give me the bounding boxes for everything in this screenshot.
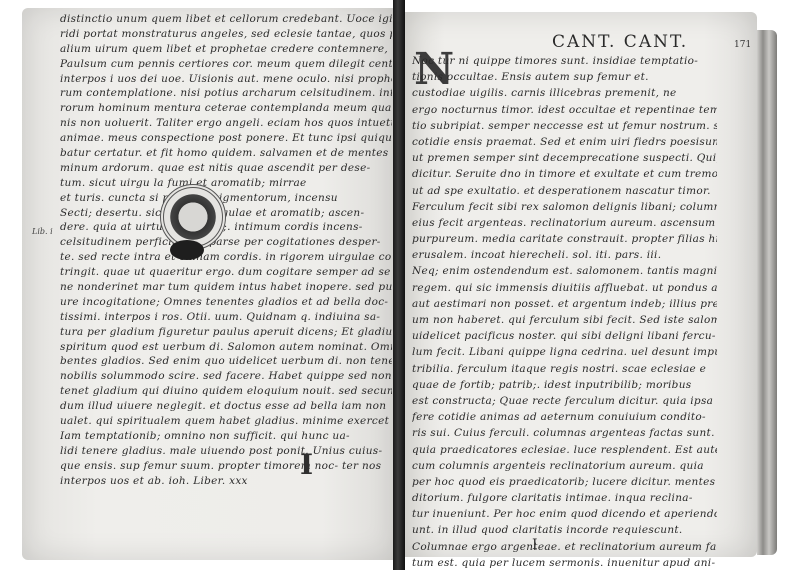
text-line: ualet. qui spiritualem quem habet gladiu… xyxy=(60,414,392,429)
text-line: ris sui. Cuius ferculi. columnas argente… xyxy=(412,425,717,441)
text-line: custodiae uigilis. carnis illicebras pre… xyxy=(412,85,717,101)
text-line: celsitudinem perficit nec sparse per cog… xyxy=(60,235,392,250)
left-page-text: distinctio unum quem libet et cellorum c… xyxy=(60,12,392,489)
text-line: minum ardorum. quae est nitis quae ascen… xyxy=(60,161,392,176)
text-line: tum. sicut uirgu la fumi et aromatib; mi… xyxy=(60,176,392,191)
text-line: rum contemplatione. nisi potius archarum… xyxy=(60,86,392,101)
text-line: lum fecit. Libani quippe ligna cedrina. … xyxy=(412,344,717,360)
text-line: Noc tur ni quippe timores sunt. insidiae… xyxy=(412,53,717,69)
text-line: ridi portat monstraturus angeles, sed ec… xyxy=(60,27,392,42)
text-line: tissimi. interpos i ros. Otii. uum. Quid… xyxy=(60,310,392,325)
text-line: lidi tenere gladius. male uiuendo post p… xyxy=(60,444,392,459)
text-line: ergo nocturnus timor. idest occultae et … xyxy=(412,102,717,118)
text-line: spiritum quod est uerbum di. Salomon aut… xyxy=(60,340,392,355)
text-line: dere. quia at uirtutis uirtutib;. intimu… xyxy=(60,220,392,235)
margin-note: Lib. i xyxy=(32,227,53,236)
text-line: tenet gladium qui diuino quidem eloquium… xyxy=(60,384,392,399)
text-line: tura per gladium figuretur paulus aperui… xyxy=(60,325,392,340)
text-line: Iam temptationib; omnino non sufficit. q… xyxy=(60,429,392,444)
text-line: bentes gladios. Sed enim quo uidelicet u… xyxy=(60,354,392,369)
text-line: et turis. cuncta si pulueris pigmentorum… xyxy=(60,191,392,206)
text-line: um non haberet. qui ferculum sibi fecit.… xyxy=(412,312,717,328)
text-line: regem. qui sic immensis diuitiis afflueb… xyxy=(412,280,717,296)
running-head: CANT. CANT. xyxy=(552,32,688,52)
book-gutter xyxy=(393,0,405,570)
text-line: nobilis solummodo scire. sed facere. Hab… xyxy=(60,369,392,384)
text-line: est constructa; Quae recte ferculum dici… xyxy=(412,393,717,409)
text-line: nis non uoluerit. Taliter ergo angeli. e… xyxy=(60,116,392,131)
folio-number: 171 xyxy=(734,40,751,50)
decorated-initial-i-icon: I xyxy=(300,452,338,478)
text-line: ut ad spe exultatio. et desperationem na… xyxy=(412,183,717,199)
text-line: uidelicet pacificus noster. qui sibi del… xyxy=(412,328,717,344)
text-line: unt. in illud quod claritatis incorde re… xyxy=(412,522,717,538)
text-line: per hoc quod eis praedicatorib; lucere d… xyxy=(412,474,717,490)
text-line: tringit. quae ut quaeritur ergo. dum cog… xyxy=(60,265,392,280)
text-line: alium uirum quem libet et prophetae cred… xyxy=(60,42,392,57)
text-line: distinctio unum quem libet et cellorum c… xyxy=(60,12,392,27)
text-line: tum est. quia per lucem sermonis. inueni… xyxy=(412,555,717,570)
text-line: tio subripiat. semper neccesse est ut fe… xyxy=(412,118,717,134)
text-line: ut premen semper sint decemprecatione su… xyxy=(412,150,717,166)
text-line: Paulsum cum pennis certiores cor. meum q… xyxy=(60,57,392,72)
text-line: animae. meus conspectione post ponere. E… xyxy=(60,131,392,146)
text-line: dum illud uiuere neglegit. et doctus ess… xyxy=(60,399,392,414)
text-line: cum columnis argenteis reclinatorium aur… xyxy=(412,458,717,474)
text-line: cotidie ensis praemat. Sed et enim uiri … xyxy=(412,134,717,150)
text-line: ure incogitatione; Omnes tenentes gladio… xyxy=(60,295,392,310)
text-line: quia praedicatores eclesiae. luce resple… xyxy=(412,442,717,458)
right-page-text: Noc tur ni quippe timores sunt. insidiae… xyxy=(412,53,717,570)
text-line: ne nonderinet mar tum quidem intus habet… xyxy=(60,280,392,295)
text-line: aut aestimari non posset. et argentum in… xyxy=(412,296,717,312)
text-line: ditorium. fulgore claritatis intimae. in… xyxy=(412,490,717,506)
text-line: te. sed recte intra et chinam cordis. in… xyxy=(60,250,392,265)
text-line: fere cotidie animas ad aeternum conuiuiu… xyxy=(412,409,717,425)
text-line: tribilia. ferculum itaque regis nostri. … xyxy=(412,361,717,377)
text-line: purpureum. media caritate constrauit. pr… xyxy=(412,231,717,247)
text-line: Secti; desertu. sicut fumi uirgulae et a… xyxy=(60,206,392,221)
text-line: quae de fortib; patrib;. idest inputribi… xyxy=(412,377,717,393)
text-line: dicitur. Seruite dno in timore et exulta… xyxy=(412,166,717,182)
text-line: tionis occultae. Ensis autem sup femur e… xyxy=(412,69,717,85)
text-line: erusalem. incoat hierecheli. sol. iti. p… xyxy=(412,247,717,263)
text-line: tur inueniunt. Per hoc enim quod dicendo… xyxy=(412,506,717,522)
text-line: Columnae ergo argenteae. et reclinatoriu… xyxy=(412,539,717,555)
text-line: interpos i uos dei uoe. Uisionis aut. me… xyxy=(60,72,392,87)
text-line: rorum hominum mentura ceterae contemplan… xyxy=(60,101,392,116)
text-line: Neq; enim ostendendum est. salomonem. ta… xyxy=(412,263,717,279)
initial-ornament-icon xyxy=(170,240,204,260)
page-edges xyxy=(757,30,777,555)
text-line: batur certatur. et fit homo quidem. salv… xyxy=(60,146,392,161)
text-line: interpos uos et ab. ioh. Liber. xxx xyxy=(60,474,392,489)
catchword: I xyxy=(532,537,538,553)
text-line: eius fecit argenteas. reclinatorium aure… xyxy=(412,215,717,231)
text-line: Ferculum fecit sibi rex salomon delignis… xyxy=(412,199,717,215)
text-line: que ensis. sup femur suum. propter timor… xyxy=(60,459,392,474)
